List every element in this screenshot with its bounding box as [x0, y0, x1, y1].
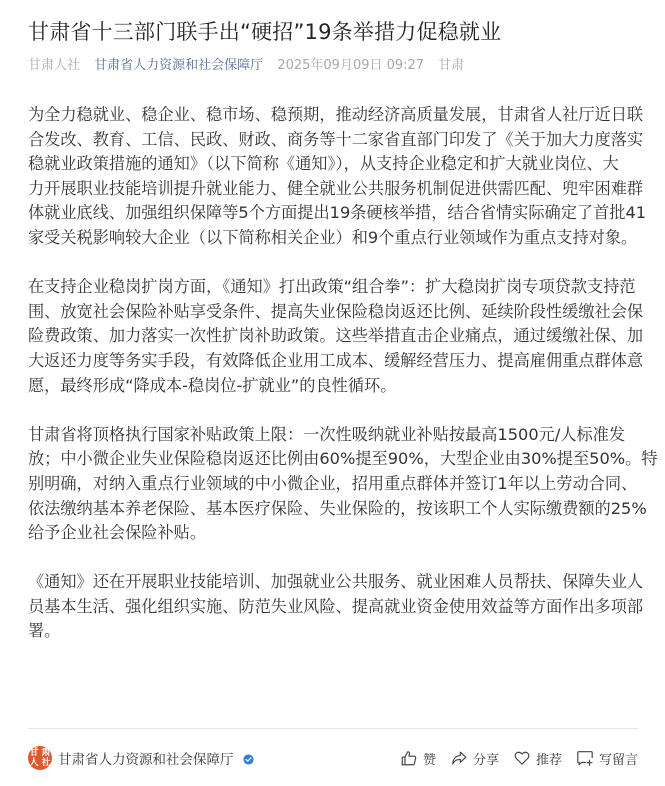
article-footer: 甘 肃 人 社 甘肃省人力资源和社会保障厅 赞 分享 — [28, 744, 638, 772]
avatar-char: 甘 — [28, 748, 40, 758]
text-line: 依法缴纳基本养老保险、基本医疗保险、失业保险的，按该职工个人实际缴费额的25% — [28, 497, 640, 522]
text-line: 给予企业社会保险补贴。 — [28, 521, 640, 546]
text-line: 别明确，对纳入重点行业领域的中小微企业，招用重点群体并签订1年以上劳动合同、 — [28, 472, 640, 497]
paragraph-1: 为全力稳就业、稳企业、稳市场、稳预期，推动经济高质量发展，甘肃省人社厅近日联 合… — [28, 103, 640, 251]
heart-icon — [513, 749, 531, 767]
comment-label: 写留言 — [599, 749, 638, 768]
footer-divider — [28, 728, 638, 729]
text-line: 《通知》还在开展职业技能培训、加强就业公共服务、就业困难人员帮扶、保障失业人 — [28, 570, 640, 595]
article-meta: 甘肃人社 甘肃省人力资源和社会保障厅 2025年09月09日 09:27 甘肃 — [28, 57, 474, 75]
text-line: 大返还力度等务实手段，有效降低企业用工成本、缓解经营压力、提高雇佣重点群体意 — [28, 349, 640, 374]
text-line: 在支持企业稳岗扩岗方面，《通知》打出政策“组合拳”：扩大稳岗扩岗专项贷款支持范 — [28, 275, 640, 300]
text-line: 员基本生活、强化组织实施、防范失业风险、提高就业资金使用效益等方面作出多项部 — [28, 595, 640, 620]
meta-tag: 甘肃人社 — [28, 58, 80, 73]
text-line: 署。 — [28, 619, 640, 644]
text-line: 稳就业政策措施的通知》（以下简称《通知》），从支持企业稳定和扩大就业岗位、大 — [28, 152, 640, 177]
text-line: 甘肃省将顶格执行国家补贴政策上限：一次性吸纳就业补贴按最高1500元/人标准发 — [28, 423, 640, 448]
text-line: 合发改、教育、工信、民政、财政、商务等十二家省直部门印发了《关于加大力度落实 — [28, 128, 640, 153]
avatar-char: 社 — [40, 758, 52, 768]
paragraph-4: 《通知》还在开展职业技能培训、加强就业公共服务、就业困难人员帮扶、保障失业人 员… — [28, 570, 640, 644]
avatar-char: 人 — [28, 758, 40, 768]
share-icon — [450, 749, 468, 767]
avatar-char: 肃 — [40, 748, 52, 758]
text-line: 体就业底线、加强组织保障等5个方面提出19条硬核举措，结合省情实际确定了首批41 — [28, 201, 640, 226]
article-body: 为全力稳就业、稳企业、稳市场、稳预期，推动经济高质量发展，甘肃省人社厅近日联 合… — [28, 103, 640, 669]
recommend-button[interactable]: 推荐 — [513, 749, 562, 768]
article-title: 甘肃省十三部门联手出“硬招”19条举措力促稳就业 — [28, 18, 501, 46]
comment-button[interactable]: 写留言 — [576, 749, 638, 768]
meta-account-link[interactable]: 甘肃省人力资源和社会保障厅 — [94, 58, 263, 73]
share-button[interactable]: 分享 — [450, 749, 499, 768]
avatar[interactable]: 甘 肃 人 社 — [28, 746, 52, 770]
text-line: 家受关税影响较大企业（以下简称相关企业）和9个重点行业领域作为重点支持对象。 — [28, 226, 640, 251]
paragraph-2: 在支持企业稳岗扩岗方面，《通知》打出政策“组合拳”：扩大稳岗扩岗专项贷款支持范 … — [28, 275, 640, 398]
like-label: 赞 — [423, 749, 436, 768]
text-line: 愿，最终形成“降成本-稳岗位-扩就业”的良性循环。 — [28, 374, 640, 399]
article-actions: 赞 分享 推荐 写留言 — [400, 749, 638, 768]
verified-badge-icon — [243, 754, 254, 765]
text-line: 力开展职业技能培训提升就业能力、健全就业公共服务机制促进供需匹配、兜牢困难群 — [28, 177, 640, 202]
author-name-text: 甘肃省人力资源和社会保障厅 — [58, 752, 234, 768]
meta-location: 甘肃 — [438, 58, 464, 73]
author-name[interactable]: 甘肃省人力资源和社会保障厅 — [58, 748, 254, 768]
comment-icon — [576, 749, 594, 767]
paragraph-3: 甘肃省将顶格执行国家补贴政策上限：一次性吸纳就业补贴按最高1500元/人标准发 … — [28, 423, 640, 546]
share-label: 分享 — [473, 749, 499, 768]
text-line: 围、放宽社会保险补贴享受条件、提高失业保险稳岗返还比例、延续阶段性缓缴社会保 — [28, 300, 640, 325]
thumbs-up-icon — [400, 749, 418, 767]
recommend-label: 推荐 — [536, 749, 562, 768]
like-button[interactable]: 赞 — [400, 749, 436, 768]
text-line: 为全力稳就业、稳企业、稳市场、稳预期，推动经济高质量发展，甘肃省人社厅近日联 — [28, 103, 640, 128]
text-line: 险费政策、加力落实一次性扩岗补助政策。这些举措直击企业痛点，通过缓缴社保、加 — [28, 324, 640, 349]
meta-datetime: 2025年09月09日 09:27 — [277, 58, 424, 73]
text-line: 放；中小微企业失业保险稳岗返还比例由60%提至90%，大型企业由30%提至50%… — [28, 447, 640, 472]
